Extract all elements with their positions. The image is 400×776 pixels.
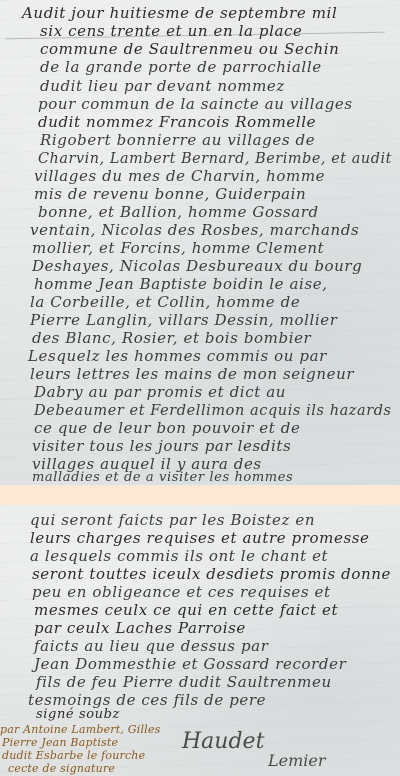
text-line: dudit nommez Francois Rommelle	[38, 113, 316, 131]
text-line: malladies et de a visiter les hommes	[32, 470, 293, 485]
text-line: six cens trente et un en la place	[40, 22, 303, 40]
margin-note-line: dudit Esbarbe le fourche	[2, 749, 145, 762]
text-line: villages du mes de Charvin, homme	[34, 167, 325, 185]
text-line: faicts au lieu que dessus par	[34, 637, 268, 655]
text-line: des Blanc, Rosier, et bois bombier	[32, 329, 311, 347]
page-separator	[0, 485, 400, 505]
text-line: dudit lieu par devant nommez	[40, 77, 285, 95]
text-line: seront touttes iceulx desdiets promis do…	[32, 565, 391, 583]
text-line: fils de feu Pierre dudit Saultrenmeu	[36, 673, 332, 691]
manuscript-page-bottom: qui seront faicts par les Boistez en leu…	[0, 505, 400, 776]
text-line: visiter tous les jours par lesdits	[32, 437, 291, 455]
text-line: la Corbeille, et Collin, homme de	[30, 293, 300, 311]
text-line: Audit jour huitiesme de septembre mil	[22, 4, 337, 22]
text-line: Deshayes, Nicolas Desbureaux du bourg	[32, 257, 362, 275]
text-line: mollier, et Forcins, homme Clement	[32, 239, 324, 257]
text-line: Charvin, Lambert Bernard, Berimbe, et au…	[38, 149, 392, 167]
margin-note-line: Pierre Jean Baptiste	[2, 736, 118, 749]
text-line: signé soubz	[36, 707, 120, 722]
text-line: bonne, et Ballion, homme Gossard	[38, 203, 319, 221]
text-line: Dabry au par promis et dict au	[34, 383, 286, 401]
signature-haudet: Haudet	[182, 729, 264, 754]
text-line: par ceulx Laches Parroise	[34, 619, 246, 637]
text-line: a lesquels commis ils ont le chant et	[30, 547, 328, 565]
text-line: Rigobert bonnierre au villages de	[40, 131, 315, 149]
margin-note-line: par Antoine Lambert, Gilles	[0, 723, 160, 736]
text-line: leurs lettres les mains de mon seigneur	[30, 365, 354, 383]
margin-note-line: cecte de signature	[8, 762, 115, 775]
text-line: peu en obligeance et ces requises et	[32, 583, 331, 601]
text-line: ce que de leur bon pouvoir et de	[34, 419, 300, 437]
text-line: Debeaumer et Ferdellimon acquis ils haza…	[34, 401, 392, 419]
text-line: Lesquelz les hommes commis ou par	[28, 347, 327, 365]
text-line: ventain, Nicolas des Rosbes, marchands	[30, 221, 359, 239]
text-line: homme Jean Baptiste boidin le aise,	[34, 275, 328, 293]
text-line: Pierre Langlin, villars Dessin, mollier	[30, 311, 338, 329]
text-line: Jean Dommesthie et Gossard recorder	[34, 655, 346, 673]
text-line: qui seront faicts par les Boistez en	[30, 511, 315, 529]
manuscript-page-top: Audit jour huitiesme de septembre mil si…	[0, 0, 400, 485]
text-line: pour commun de la saincte au villages	[38, 95, 353, 113]
text-line: de la grande porte de parrochialle	[40, 58, 322, 76]
text-line: leurs charges requises et autre promesse	[30, 529, 370, 547]
text-line: mis de revenu bonne, Guiderpain	[34, 185, 306, 203]
text-line: commune de Saultrenmeu ou Sechin	[40, 40, 339, 58]
signature-lemier: Lemier	[268, 751, 326, 770]
text-line: mesmes ceulx ce qui en cette faict et	[34, 601, 338, 619]
